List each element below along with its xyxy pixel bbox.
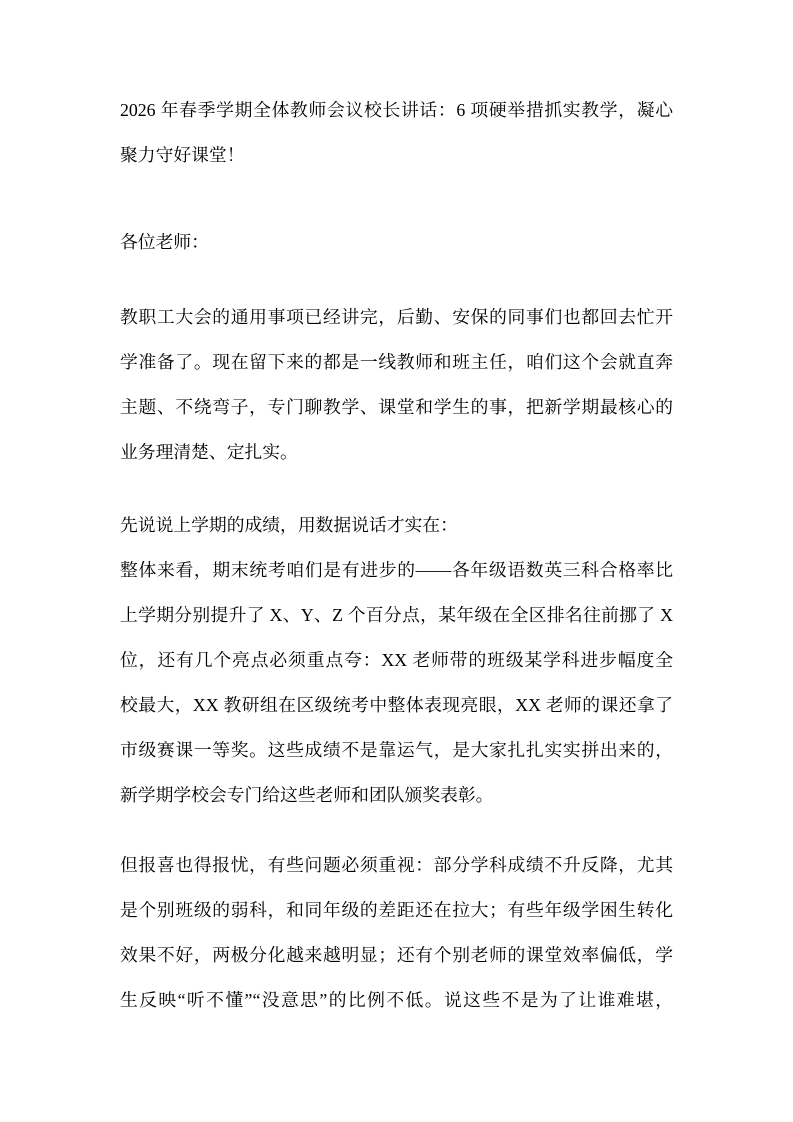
text-line: 上学期分别提升了 X、Y、Z 个百分点，某年级在全区排名往前挪了 X	[120, 593, 673, 638]
title-line-2: 聚力守好课堂！	[120, 133, 673, 178]
text-line: 位，还有几个亮点必须重点夸：XX 老师带的班级某学科进步幅度全	[120, 638, 673, 683]
greeting: 各位老师：	[120, 220, 673, 265]
text-line: 生反映“听不懂”“没意思”的比例不低。说这些不是为了让谁难堪，	[120, 978, 673, 1023]
paragraph-problems: 但报喜也得报忧，有些问题必须重视：部分学科成绩不升反降，尤其 是个别班级的弱科，…	[120, 843, 673, 1023]
text-line: 学准备了。现在留下来的都是一线教师和班主任，咱们这个会就直奔	[120, 340, 673, 385]
paragraph-achievements: 先说说上学期的成绩，用数据说话才实在： 整体来看，期末统考咱们是有进步的——各年…	[120, 503, 673, 818]
text-line: 先说说上学期的成绩，用数据说话才实在：	[120, 503, 673, 548]
document-title: 2026 年春季学期全体教师会议校长讲话：6 项硬举措抓实教学，凝心 聚力守好课…	[120, 88, 673, 178]
paragraph-opening: 教职工大会的通用事项已经讲完，后勤、安保的同事们也都回去忙开 学准备了。现在留下…	[120, 295, 673, 475]
text-line: 主题、不绕弯子，专门聊教学、课堂和学生的事，把新学期最核心的	[120, 385, 673, 430]
document-page: 2026 年春季学期全体教师会议校长讲话：6 项硬举措抓实教学，凝心 聚力守好课…	[0, 0, 793, 1122]
greeting-line: 各位老师：	[120, 220, 673, 265]
text-line: 市级赛课一等奖。这些成绩不是靠运气，是大家扎扎实实拼出来的，	[120, 728, 673, 773]
text-line: 业务理清楚、定扎实。	[120, 430, 673, 475]
text-line: 教职工大会的通用事项已经讲完，后勤、安保的同事们也都回去忙开	[120, 295, 673, 340]
text-line: 整体来看，期末统考咱们是有进步的——各年级语数英三科合格率比	[120, 548, 673, 593]
title-line-1: 2026 年春季学期全体教师会议校长讲话：6 项硬举措抓实教学，凝心	[120, 88, 673, 133]
text-line: 效果不好，两极分化越来越明显；还有个别老师的课堂效率偏低，学	[120, 933, 673, 978]
text-line: 新学期学校会专门给这些老师和团队颁奖表彰。	[120, 773, 673, 818]
text-line: 是个别班级的弱科，和同年级的差距还在拉大；有些年级学困生转化	[120, 888, 673, 933]
text-line: 但报喜也得报忧，有些问题必须重视：部分学科成绩不升反降，尤其	[120, 843, 673, 888]
text-line: 校最大，XX 教研组在区级统考中整体表现亮眼，XX 老师的课还拿了	[120, 683, 673, 728]
